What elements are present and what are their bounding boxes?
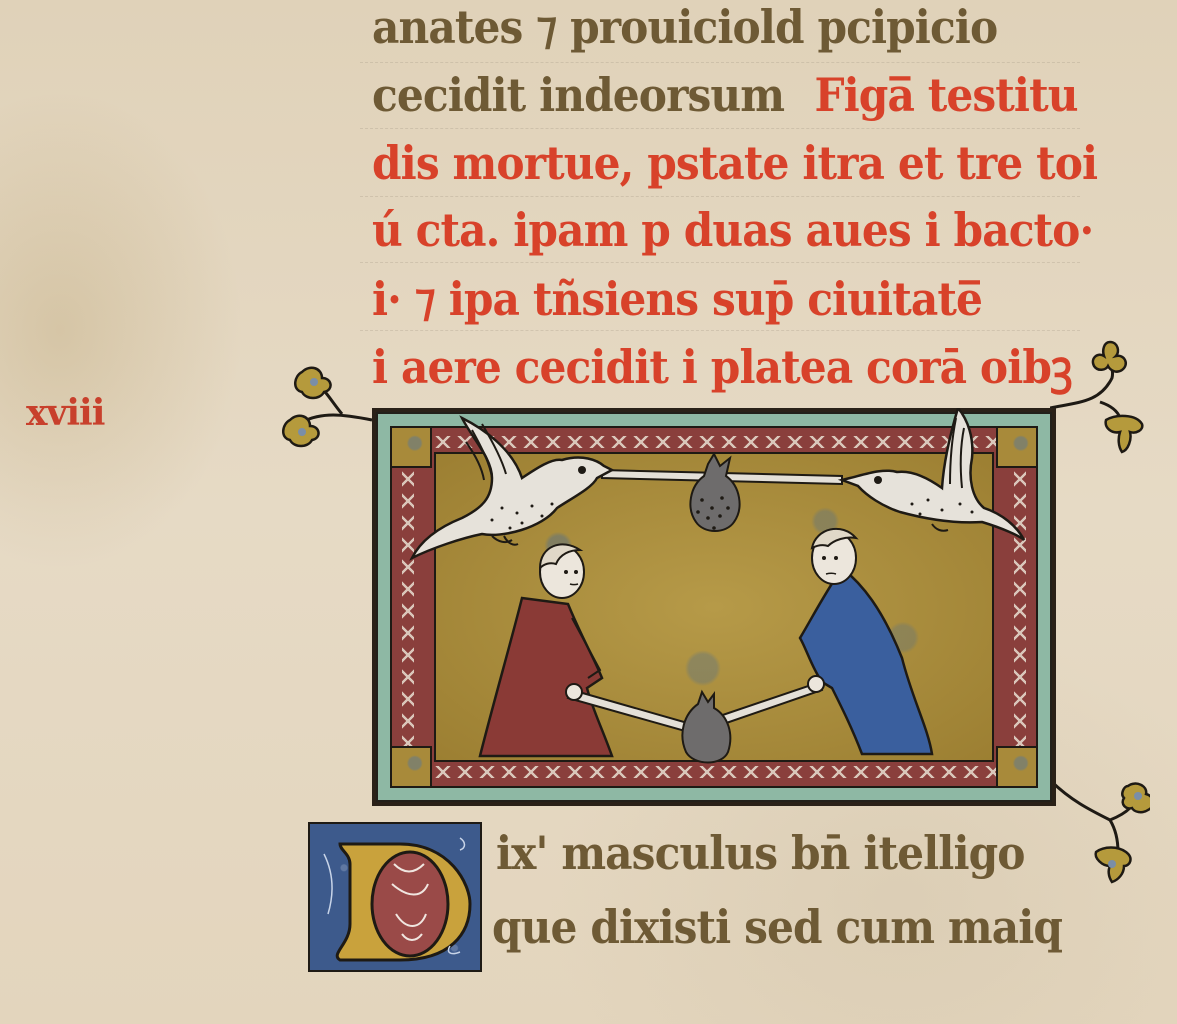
bird-left-icon	[412, 418, 612, 558]
text-line-3: dis mortue, pstate itra et tre toi	[372, 140, 1097, 186]
text-line-1: anates ⁊ prouiciold pcipicio	[372, 4, 997, 50]
initial-bowl-icon	[310, 824, 480, 970]
rubric-heading: Figa̅ testitu	[814, 68, 1077, 122]
bird-right-icon	[842, 408, 1024, 540]
body-text-line-1: ix' masculus bn̄ itelligo	[496, 830, 1025, 876]
ruling-line	[360, 262, 1080, 263]
ivy-spray-top-left-icon	[272, 362, 382, 462]
ruling-line	[360, 196, 1080, 197]
man-blue-robe-icon	[800, 529, 932, 754]
body-text-line-2: que dixisti sed cum maiq	[492, 904, 1062, 950]
miniature-scene	[372, 408, 1056, 806]
text-line-6: i aere cecidit i platea corā oibꝫ	[372, 344, 1072, 390]
text-line-4: ú cta. ipam p duas aues i bacto·	[372, 207, 1093, 253]
decorated-initial	[308, 822, 482, 972]
ruling-line	[360, 62, 1080, 63]
manuscript-page: anates ⁊ prouiciold pcipicio cecidit ind…	[0, 0, 1177, 1024]
ruling-line	[360, 128, 1080, 129]
hanging-pot-icon	[690, 454, 739, 531]
ruling-line	[360, 330, 1080, 331]
ground-pot-icon	[682, 692, 730, 763]
ivy-spray-top-right-icon	[1050, 336, 1150, 456]
ivy-spray-bottom-right-icon	[1050, 780, 1150, 890]
text-line-2: cecidit indeorsum Figa̅ testitu	[372, 72, 1078, 118]
text-line-2-main: cecidit indeorsum	[372, 68, 784, 122]
marginal-chapter-number: xviii	[26, 392, 104, 434]
man-red-robe-icon	[480, 544, 612, 756]
miniature-illustration	[372, 408, 1056, 806]
text-line-5: i· ⁊ ipa tñsiens sup̄ ciuitate̅	[372, 276, 982, 322]
